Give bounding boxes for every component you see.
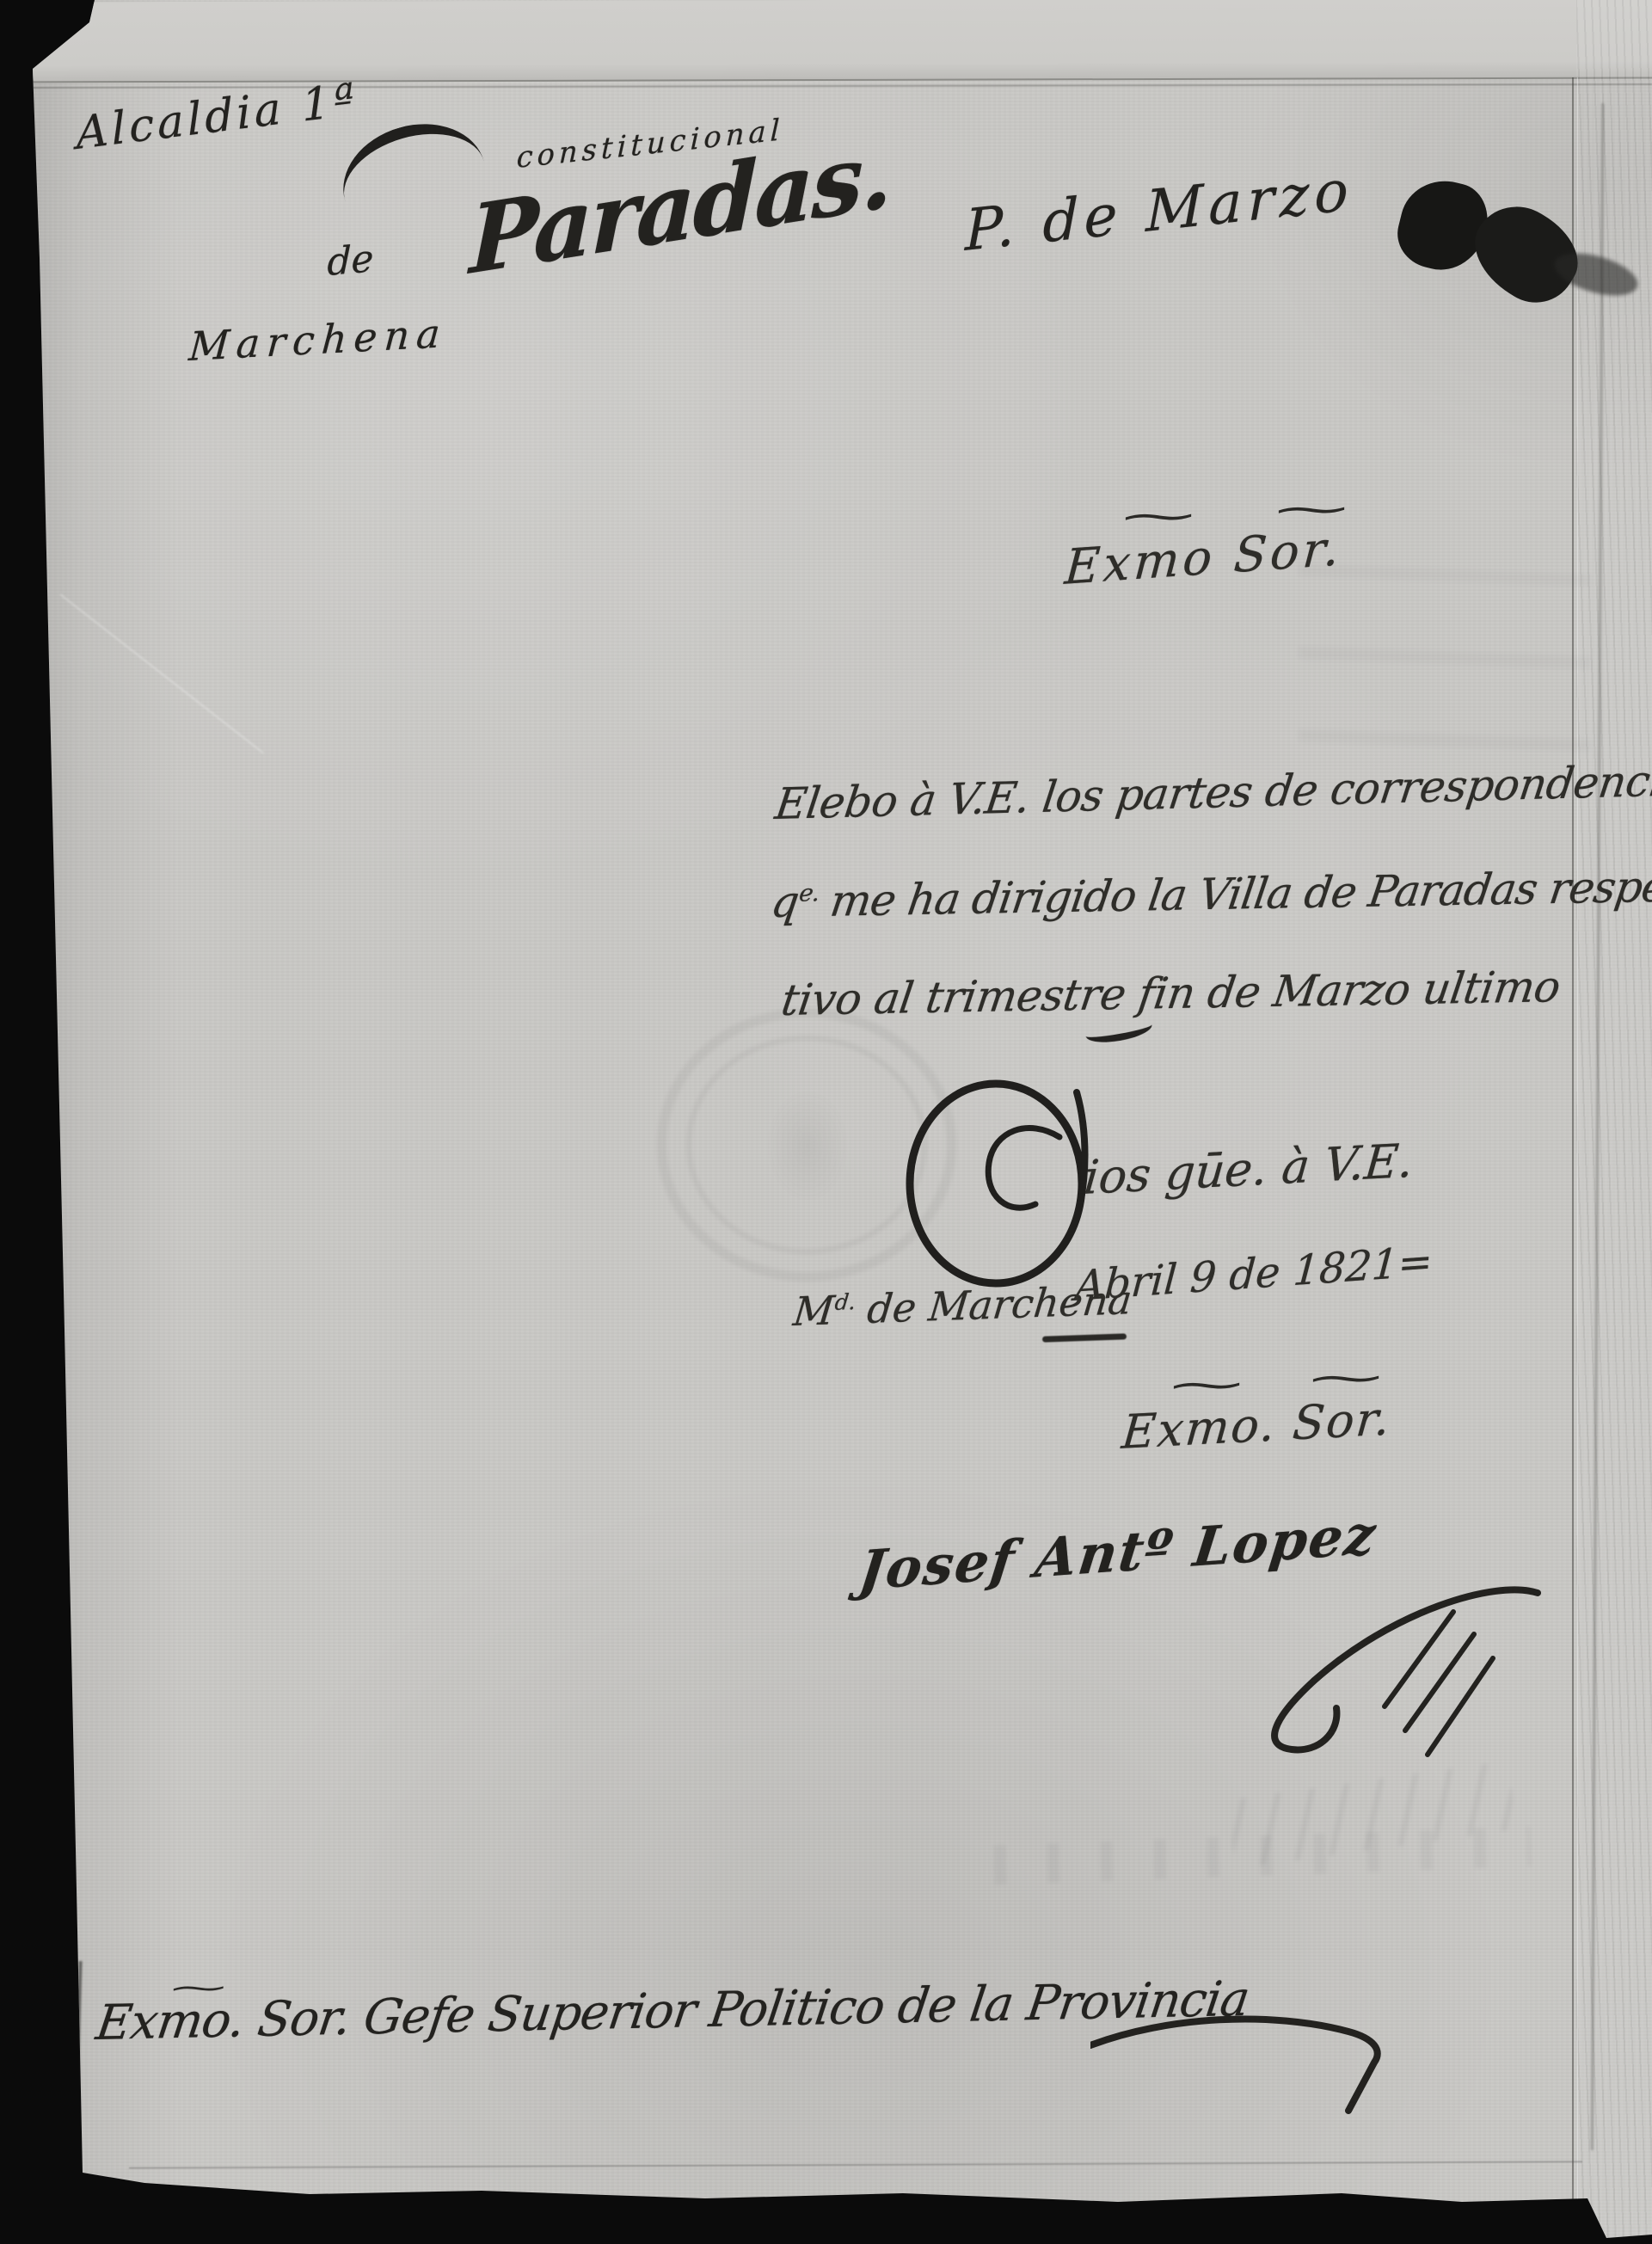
address-line: Exmo. Sor. Gefe Superior Politico de la … — [93, 1971, 1252, 2051]
letterhead-de: de — [327, 237, 374, 285]
right-deckle-strip — [1576, 0, 1652, 2244]
ornate-initial-d — [900, 1077, 1106, 1295]
dateline-place-initial: M — [791, 1287, 837, 1335]
scanned-document-page: { "scan": { "background_color": "#0b0b0b… — [0, 0, 1652, 2244]
body-line-2-initial: q — [768, 876, 801, 927]
signature-rubric-flourish — [1237, 1577, 1581, 1779]
bottom-crease-line — [129, 2161, 1582, 2168]
seal-emblem — [752, 1068, 863, 1223]
bleedthrough-line-ghost — [971, 1827, 1531, 1886]
salutation: Exmo Sor. — [1063, 520, 1344, 596]
dateline-date: Abril 9 de 1821= — [1073, 1238, 1434, 1311]
right-fold-line — [1572, 77, 1578, 2210]
letterhead-town: Marchena — [187, 310, 449, 370]
body-line-2: qe. me ha dirigido la Villa de Paradas r… — [768, 861, 1652, 927]
closing-salutation: Exmo. Sor. — [1120, 1391, 1394, 1460]
bleedthrough-text-ghost — [1299, 516, 1591, 774]
body-line-3: tivo al trimestre fin de Marzo ultimo — [778, 962, 1563, 1025]
connecting-dash-swash — [1042, 1333, 1127, 1342]
body-line-1: Elebo à V.E. los partes de correspondenc… — [772, 755, 1652, 829]
address-trailing-swash — [1090, 2009, 1400, 2124]
top-folded-sheet-edge — [0, 0, 1652, 83]
diagonal-paper-crease — [59, 593, 264, 753]
left-edge-fold-shadow — [72, 1961, 82, 2185]
manuscript-paper-sheet: Alcaldia 1ª constitucional de Marchena P… — [0, 0, 1652, 2244]
valediction-line: ios gūe. à V.E. — [1082, 1134, 1416, 1205]
body-line-2-rest: me ha dirigido la Villa de Paradas respe… — [814, 861, 1652, 926]
top-right-annotation: P. de Marzo — [965, 157, 1354, 264]
